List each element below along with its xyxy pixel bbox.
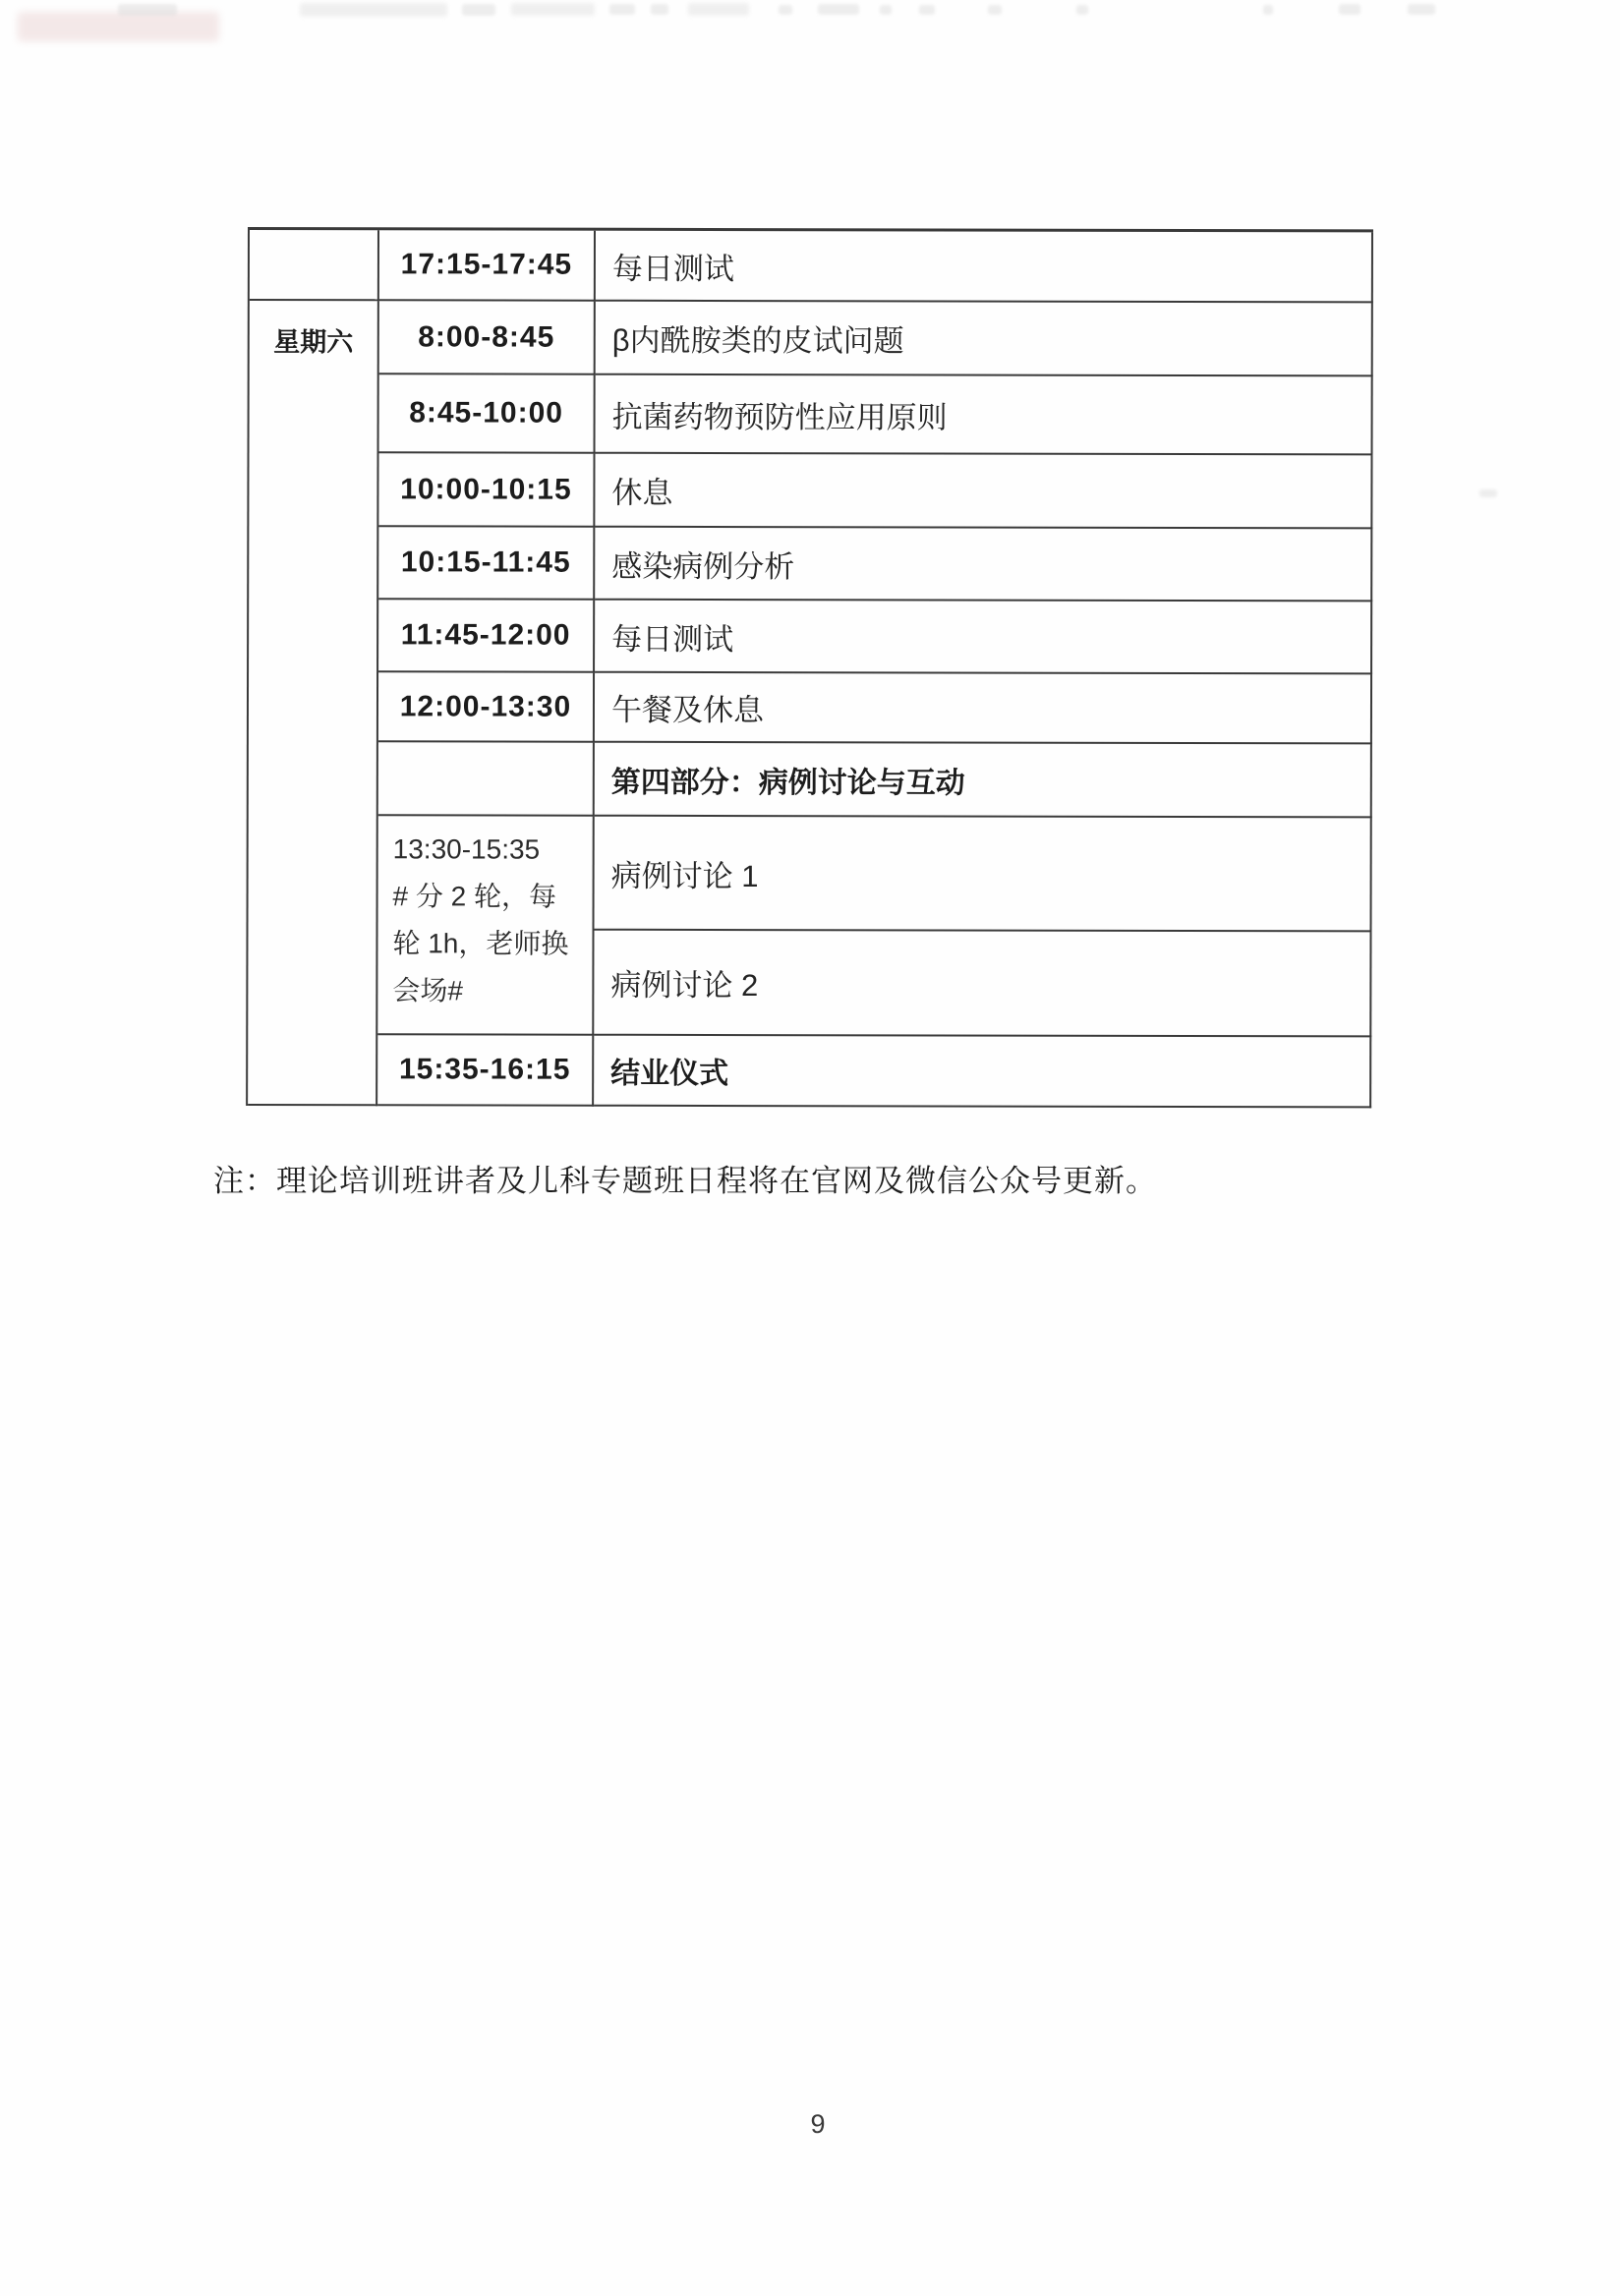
day-label-cell: 星期六 [248, 301, 379, 1106]
scan-artifact [609, 4, 635, 15]
scan-artifact [118, 4, 177, 16]
activity-cell: 感染病例分析 [595, 528, 1372, 603]
scan-artifact [1408, 4, 1435, 15]
scan-artifact [688, 3, 749, 16]
scan-artifact [919, 5, 935, 15]
scan-artifact [651, 4, 668, 15]
page-number: 9 [798, 2109, 838, 2140]
time-cell: 11:45-12:00 [378, 600, 595, 672]
activity-cell: β内酰胺类的皮试问题 [596, 302, 1373, 377]
scan-artifact [1076, 5, 1088, 15]
activity-cell: 午餐及休息 [595, 673, 1372, 745]
time-cell: 12:00-13:30 [378, 672, 595, 742]
closing-time-cell: 15:35-16:15 [377, 1035, 594, 1106]
case-time-cell: 13:30-15:35 # 分 2 轮，每轮 1h，老师换会场# [377, 816, 594, 1035]
scan-artifact [1339, 4, 1360, 15]
schedule-table: 星期六 17:15-17:45 每日测试 8:00-8:45 β内酰胺类的皮试问… [246, 227, 1373, 1108]
scan-artifact [988, 5, 1002, 15]
activity-cell: 每日测试 [596, 231, 1373, 304]
time-cell: 17:15-17:45 [379, 230, 596, 301]
footnote: 注：理论培训班讲者及儿科专题班日程将在官网及微信公众号更新。 [213, 1156, 1157, 1200]
activity-cell: 每日测试 [595, 601, 1372, 675]
case-time-range: 13:30-15:35 [393, 826, 583, 873]
activity-cell: 休息 [595, 454, 1372, 530]
scan-artifact [511, 3, 595, 16]
time-cell: 8:00-8:45 [379, 301, 596, 374]
time-cell: 8:45-10:00 [379, 374, 596, 453]
section-header-cell: 第四部分：病例讨论与互动 [595, 743, 1372, 819]
case-activity-1-cell: 病例讨论 1 [595, 817, 1372, 933]
closing-activity-cell: 结业仪式 [594, 1036, 1371, 1109]
scan-artifact [300, 3, 447, 17]
scan-smudge [18, 12, 219, 41]
day-label: 星期六 [273, 320, 353, 359]
empty-time-cell [378, 742, 595, 816]
case-time-note: # 分 2 轮，每轮 1h，老师换会场# [392, 881, 568, 1005]
case-activity-2-cell: 病例讨论 2 [594, 931, 1371, 1038]
scan-artifact [1263, 5, 1273, 15]
activity-cell: 抗菌药物预防性应用原则 [596, 375, 1373, 456]
day-empty-cell [250, 230, 379, 301]
time-cell: 10:00-10:15 [378, 453, 595, 527]
scan-artifact [818, 4, 859, 15]
scan-artifact [880, 5, 892, 15]
scanned-page: 星期六 17:15-17:45 每日测试 8:00-8:45 β内酰胺类的皮试问… [0, 0, 1620, 2296]
scan-artifact [779, 5, 792, 15]
scan-artifact [1479, 489, 1497, 497]
time-cell: 10:15-11:45 [378, 527, 595, 600]
scan-artifact [462, 4, 495, 16]
